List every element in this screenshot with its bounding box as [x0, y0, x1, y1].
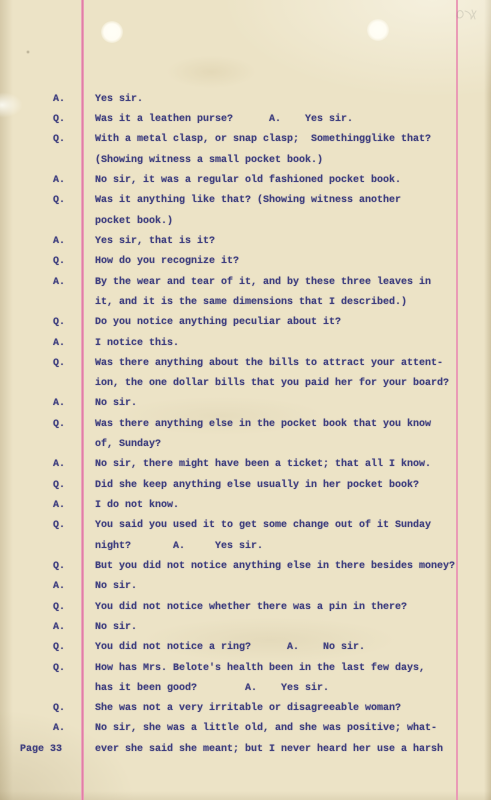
- transcript-line: Q.How do you recognize it?: [0, 252, 491, 272]
- line-text: Was there anything about the bills to at…: [95, 354, 443, 374]
- line-text: night? A. Yes sir.: [95, 537, 263, 557]
- transcript-continuation-line: ion, the one dollar bills that you paid …: [0, 374, 491, 394]
- speaker-label: A.: [53, 232, 95, 252]
- transcript-continuation-line: ever she said she meant; but I never hea…: [0, 740, 491, 760]
- line-text: No sir, she was a little old, and she wa…: [95, 719, 437, 739]
- speaker-label: A.: [53, 90, 95, 110]
- line-text: You did not notice whether there was a p…: [95, 598, 407, 618]
- speaker-label: A.: [53, 618, 95, 638]
- transcript-line: Q.You said you used it to get some chang…: [0, 516, 491, 536]
- speaker-label: A.: [53, 719, 95, 739]
- speaker-label: [53, 212, 95, 232]
- line-text: pocket book.): [95, 212, 173, 232]
- line-text: With a metal clasp, or snap clasp; Somet…: [95, 130, 431, 150]
- speaker-label: Q.: [53, 638, 95, 658]
- speaker-label: [53, 435, 95, 455]
- speaker-label: A.: [53, 455, 95, 475]
- speaker-label: Q.: [53, 130, 95, 150]
- line-text: it, and it is the same dimensions that I…: [95, 293, 407, 313]
- speaker-label: Q.: [53, 476, 95, 496]
- line-text: She was not a very irritable or disagree…: [95, 699, 401, 719]
- line-text: But you did not notice anything else in …: [95, 557, 455, 577]
- line-text: Yes sir, that is it?: [95, 232, 215, 252]
- line-text: You said you used it to get some change …: [95, 516, 431, 536]
- speaker-label: Q.: [53, 110, 95, 130]
- document-page: A.Yes sir.Q.Was it a leathen purse? A. Y…: [0, 0, 491, 800]
- transcript-continuation-line: has it been good? A. Yes sir.: [0, 679, 491, 699]
- transcript-line: A.No sir.: [0, 394, 491, 414]
- transcript-line: Q.With a metal clasp, or snap clasp; Som…: [0, 130, 491, 150]
- speaker-label: A.: [53, 394, 95, 414]
- transcript-continuation-line: of, Sunday?: [0, 435, 491, 455]
- transcript-continuation-line: (Showing witness a small pocket book.): [0, 151, 491, 171]
- line-text: I do not know.: [95, 496, 179, 516]
- transcript-line: Q.You did not notice a ring? A. No sir.: [0, 638, 491, 658]
- line-text: (Showing witness a small pocket book.): [95, 151, 323, 171]
- line-text: Yes sir.: [95, 90, 143, 110]
- speaker-label: [53, 537, 95, 557]
- speaker-label: [53, 679, 95, 699]
- line-text: has it been good? A. Yes sir.: [95, 679, 329, 699]
- transcript-line: Q.Do you notice anything peculiar about …: [0, 313, 491, 333]
- transcript-line: Q.You did not notice whether there was a…: [0, 598, 491, 618]
- transcript-line: A.No sir, she was a little old, and she …: [0, 719, 491, 739]
- speaker-label: Q.: [53, 354, 95, 374]
- punch-hole-right: [367, 19, 389, 41]
- transcript-line: A.No sir.: [0, 577, 491, 597]
- transcript-line: A.Yes sir, that is it?: [0, 232, 491, 252]
- transcript-line: A.No sir.: [0, 618, 491, 638]
- speaker-label: Q.: [53, 415, 95, 435]
- speaker-label: A.: [53, 577, 95, 597]
- transcript-line: A.By the wear and tear of it, and by the…: [0, 273, 491, 293]
- line-text: No sir.: [95, 394, 137, 414]
- line-text: Do you notice anything peculiar about it…: [95, 313, 341, 333]
- line-text: No sir.: [95, 618, 137, 638]
- speaker-label: [53, 293, 95, 313]
- speaker-label: A.: [53, 496, 95, 516]
- transcript-lines: A.Yes sir.Q.Was it a leathen purse? A. Y…: [0, 90, 491, 760]
- transcript-continuation-line: pocket book.): [0, 212, 491, 232]
- punch-hole-left: [101, 21, 123, 43]
- speaker-label: Q.: [53, 699, 95, 719]
- speaker-label: Q.: [53, 252, 95, 272]
- page-number: Page 33: [20, 740, 62, 760]
- line-text: ever she said she meant; but I never hea…: [95, 740, 443, 760]
- line-text: How has Mrs. Belote's health been in the…: [95, 659, 425, 679]
- transcript-line: A.Yes sir.: [0, 90, 491, 110]
- speaker-label: Q.: [53, 516, 95, 536]
- transcript-continuation-line: it, and it is the same dimensions that I…: [0, 293, 491, 313]
- line-text: I notice this.: [95, 334, 179, 354]
- speaker-label: Q.: [53, 557, 95, 577]
- transcript-line: A.I do not know.: [0, 496, 491, 516]
- line-text: Did she keep anything else usually in he…: [95, 476, 419, 496]
- line-text: By the wear and tear of it, and by these…: [95, 273, 431, 293]
- transcript-line: Q.Was there anything else in the pocket …: [0, 415, 491, 435]
- transcript-line: Q.Was it a leathen purse? A. Yes sir.: [0, 110, 491, 130]
- speaker-label: Q.: [53, 659, 95, 679]
- speaker-label: Q.: [53, 598, 95, 618]
- transcript-line: Q.How has Mrs. Belote's health been in t…: [0, 659, 491, 679]
- line-text: Was it anything like that? (Showing witn…: [95, 191, 401, 211]
- line-text: You did not notice a ring? A. No sir.: [95, 638, 365, 658]
- line-text: of, Sunday?: [95, 435, 161, 455]
- speaker-label: [53, 151, 95, 171]
- transcript-line: Q.But you did not notice anything else i…: [0, 557, 491, 577]
- speaker-label: A.: [53, 171, 95, 191]
- transcript-line: Q.Was there anything about the bills to …: [0, 354, 491, 374]
- transcript-line: Q.Was it anything like that? (Showing wi…: [0, 191, 491, 211]
- speaker-label: A.: [53, 273, 95, 293]
- transcript-line: A.I notice this.: [0, 334, 491, 354]
- line-text: Was there anything else in the pocket bo…: [95, 415, 431, 435]
- line-text: No sir, it was a regular old fashioned p…: [95, 171, 401, 191]
- speaker-label: Q.: [53, 313, 95, 333]
- transcript-line: A.No sir, it was a regular old fashioned…: [0, 171, 491, 191]
- line-text: ion, the one dollar bills that you paid …: [95, 374, 449, 394]
- transcript-line: Q.She was not a very irritable or disagr…: [0, 699, 491, 719]
- line-text: How do you recognize it?: [95, 252, 239, 272]
- line-text: No sir.: [95, 577, 137, 597]
- faint-pencil-mark: [448, 5, 482, 30]
- line-text: No sir, there might have been a ticket; …: [95, 455, 431, 475]
- line-text: Was it a leathen purse? A. Yes sir.: [95, 110, 353, 130]
- speaker-label: Q.: [53, 191, 95, 211]
- speaker-label: A.: [53, 334, 95, 354]
- transcript-continuation-line: night? A. Yes sir.: [0, 537, 491, 557]
- speaker-label: [53, 374, 95, 394]
- transcript-line: Q.Did she keep anything else usually in …: [0, 476, 491, 496]
- transcript-line: A.No sir, there might have been a ticket…: [0, 455, 491, 475]
